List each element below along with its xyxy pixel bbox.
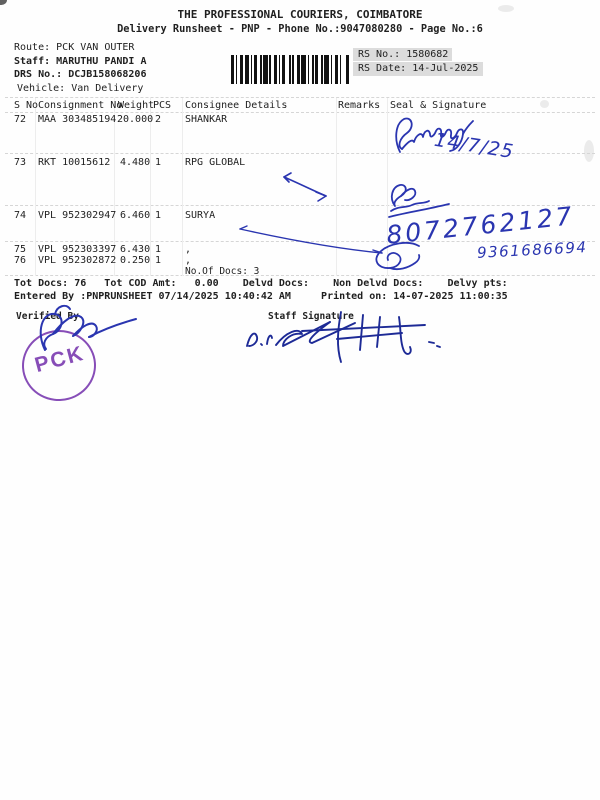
row-pcs: 2 (155, 114, 161, 125)
rs-no-line: RS No.: 1580682 (358, 49, 448, 60)
table-rule (5, 205, 595, 206)
table-rule (5, 97, 595, 98)
entered-line: Entered By :PNPRUNSHEET 07/14/2025 10:40… (14, 291, 508, 302)
row-weight: 6.460 (120, 210, 150, 221)
table-column-rule (35, 98, 36, 276)
staff-line: Staff: MARUTHU PANDI A (14, 56, 146, 67)
row-weight: 0.250 (120, 255, 150, 266)
row73-signature (389, 185, 449, 217)
row-sno: 73 (14, 157, 26, 168)
rs-date-value: 14-Jul-2025 (412, 63, 478, 74)
table-rule (5, 275, 595, 276)
row-pcs: 1 (155, 210, 161, 221)
scan-smudge (584, 140, 594, 162)
drs-line: DRS No.: DCJB158068206 (14, 69, 146, 80)
vehicle-line: Vehicle: Van Delivery (17, 83, 143, 94)
row-weight: 20.000 (117, 114, 153, 125)
runsheet-document: THE PROFESSIONAL COURIERS, COIMBATORE De… (0, 0, 600, 800)
route-label: Route: (14, 42, 50, 53)
pck-stamp-text: PCK (32, 342, 87, 378)
col-header-consignment: Consignment No (38, 100, 122, 111)
col-header-remarks: Remarks (338, 100, 380, 111)
row-consignment: RKT 10015612 (38, 157, 110, 168)
runsheet-barcode (231, 55, 351, 84)
row-consignee: , (185, 255, 191, 266)
row-pcs: 1 (155, 255, 161, 266)
row-consignee: , (185, 244, 191, 255)
col-header-sno: S No (14, 100, 38, 111)
row74-arrow (240, 226, 382, 253)
handwritten-date: 14/7/25 (433, 129, 516, 163)
rs-no-value: 1580682 (406, 49, 448, 60)
table-column-rule (182, 98, 183, 276)
row-pcs: 1 (155, 157, 161, 168)
row73-arrow (284, 173, 326, 201)
totals-line: Tot Docs: 76 Tot COD Amt: 0.00 Delvd Doc… (14, 278, 508, 289)
staff-signature-label: Staff Signature (268, 311, 354, 322)
pck-stamp: PCK (20, 328, 99, 404)
rs-date-line: RS Date: 14-Jul-2025 (358, 63, 478, 74)
vehicle-value: Van Delivery (71, 83, 143, 94)
company-title: THE PROFESSIONAL COURIERS, COIMBATORE (0, 8, 600, 21)
table-column-rule (336, 98, 337, 276)
col-header-consignee: Consignee Details (185, 100, 287, 111)
table-rule (5, 112, 595, 113)
row-consignee: SHANKAR (185, 114, 227, 125)
drs-value: DCJB158068206 (68, 69, 146, 80)
col-header-pcs: PCS (153, 100, 171, 111)
rs-no-label: RS No.: (358, 49, 400, 60)
drs-label: DRS No.: (14, 69, 62, 80)
rs-date-label: RS Date: (358, 63, 406, 74)
row-pcs: 1 (155, 244, 161, 255)
row-consignment: MAA 303485194 (38, 114, 116, 125)
scan-speck (0, 0, 7, 5)
col-header-weight: Weight (118, 100, 154, 111)
row-sno: 75 (14, 244, 26, 255)
staff-label: Staff: (14, 56, 50, 67)
row-consignee: RPG GLOBAL (185, 157, 245, 168)
verified-by-label: Verified By (16, 311, 79, 322)
staff-value: MARUTHU PANDI A (56, 56, 146, 67)
route-line: Route: PCK VAN OUTER (14, 42, 134, 53)
row-weight: 6.430 (120, 244, 150, 255)
row-consignment: VPL 952303397 (38, 244, 116, 255)
vehicle-label: Vehicle: (17, 83, 65, 94)
row-sno: 74 (14, 210, 26, 221)
row-consignment: VPL 952302872 (38, 255, 116, 266)
row-consignee: SURYA (185, 210, 215, 221)
row-weight: 4.480 (120, 157, 150, 168)
col-header-seal: Seal & Signature (390, 100, 486, 111)
row-consignment: VPL 952302947 (38, 210, 116, 221)
row-sno: 72 (14, 114, 26, 125)
runsheet-subtitle: Delivery Runsheet - PNP - Phone No.:9047… (0, 23, 600, 35)
scan-smudge (540, 100, 549, 108)
route-value: PCK VAN OUTER (56, 42, 134, 53)
no-of-docs: No.Of Docs: 3 (185, 266, 259, 277)
row-sno: 76 (14, 255, 26, 266)
